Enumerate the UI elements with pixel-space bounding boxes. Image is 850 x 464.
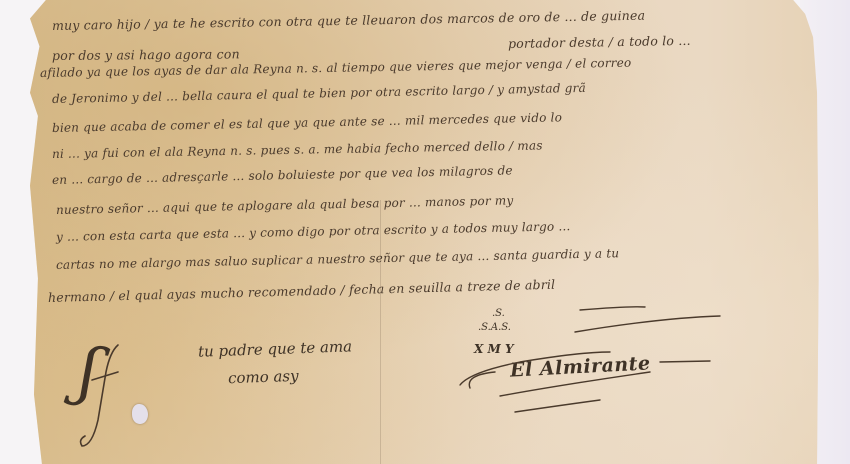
- signature-flourish-strokes: [0, 0, 850, 464]
